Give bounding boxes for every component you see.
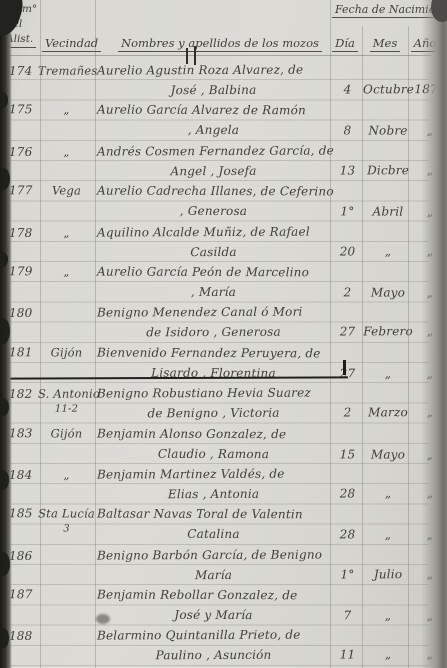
binding-texture [0, 628, 9, 648]
entry-names: Benigno Menendez Canal ó Mori de Isidoro… [95, 302, 332, 343]
entry-birth-day: 1° [332, 544, 363, 585]
binding-texture [0, 252, 8, 267]
register-row: 175 „ Aurelio García Alvarez de Ramón , … [0, 100, 447, 142]
entry-birth-day: 2 [332, 383, 363, 424]
entry-name-line2: José , Balbina [95, 80, 332, 101]
entry-vecindad-sub: 11-2 [38, 404, 95, 415]
register-row: 177 Vega Aurelio Cadrecha Illanes, de Ce… [0, 180, 447, 222]
register-row: 179 „ Aurelio García Peón de Marcelino ,… [0, 261, 447, 303]
header-mes: Mes [363, 36, 407, 50]
entry-vecindad-main: Gijón [51, 345, 83, 359]
register-row: 182 S. Antonio 11-2 Benigno Robustiano H… [0, 382, 447, 424]
register-row: 183 Gijón Benjamin Alonso Gonzalez, de C… [0, 423, 447, 465]
entry-vecindad: „ [38, 222, 95, 263]
entry-vecindad-main: „ [63, 468, 69, 482]
entry-birth-day: 4 [332, 59, 363, 100]
entry-name-line1: Benjamin Alonso Gonzalez, de [95, 423, 332, 444]
entry-birth-month: Abril [363, 182, 413, 223]
entry-vecindad-main: Vega [52, 184, 81, 198]
stray-ink-stroke [186, 48, 188, 64]
entry-birth-month: „ [363, 586, 413, 627]
header-rule-line [8, 55, 431, 56]
binding-texture [0, 470, 9, 490]
entry-vecindad: „ [38, 261, 95, 302]
entry-birth-month: „ [363, 343, 413, 384]
register-rows: 174 Tremañes Aurelio Agustin Roza Alvare… [0, 60, 447, 666]
entry-birth-month: Octubre [363, 59, 413, 100]
entry-birth-month: „ [363, 221, 413, 262]
entry-vecindad: Gijón [38, 423, 95, 464]
register-row: 188 Belarmino Quintanilla Prieto, de Pau… [0, 624, 447, 666]
entry-name-line1: Benjamin Rebollar Gonzalez, de [95, 585, 332, 606]
register-row: 180 Benigno Menendez Canal ó Mori de Isi… [0, 301, 447, 343]
entry-name-line1: Benigno Menendez Canal ó Mori [95, 302, 332, 323]
entry-name-line2: María [95, 564, 332, 585]
entry-name-line2: Casilda [95, 241, 332, 262]
entry-birth-month: Mayo [363, 262, 413, 303]
entry-name-line2: Paulino , Asunción [95, 645, 332, 666]
entry-birth-month: Nobre [363, 101, 413, 142]
book-binding-edge [0, 0, 12, 668]
entry-birth-month: „ [363, 505, 413, 546]
entry-names: Benigno Barbón García, de Benigno María [95, 544, 332, 585]
binding-texture [0, 318, 10, 344]
entry-vecindad-main: „ [63, 103, 69, 117]
entry-names: Benjamin Rebollar Gonzalez, de José y Ma… [95, 585, 332, 626]
register-row: 187 Benjamin Rebollar Gonzalez, de José … [0, 584, 447, 626]
entry-name-line1: Aurelio García Alvarez de Ramón [95, 100, 332, 121]
entry-birth-day: 27 [332, 302, 363, 343]
stray-ink-stroke [194, 46, 196, 65]
entry-names: Baltasar Navas Toral de Valentin Catalin… [95, 504, 332, 545]
entry-name-line1: Andrés Cosmen Fernandez García, de [95, 140, 332, 161]
entry-vecindad: Sta Lucía 3 [38, 504, 95, 545]
entry-name-line1: Benigno Barbón García, de Benigno [95, 544, 332, 565]
entry-vecindad: Tremañes [38, 61, 95, 102]
entry-vecindad: „ [38, 464, 95, 505]
entry-name-line1: Aquilino Alcalde Muñiz, de Rafael [95, 221, 332, 242]
register-row: 174 Tremañes Aurelio Agustin Roza Alvare… [0, 59, 447, 101]
entry-birth-day: 8 [332, 101, 363, 141]
entry-names: Aurelio García Peón de Marcelino , María [95, 262, 332, 303]
entry-name-line2: Lisardo , Florentina [95, 362, 332, 383]
entry-birth-day: 28 [332, 505, 363, 545]
entry-vecindad: Vega [38, 181, 95, 222]
entry-birth-month: Marzo [363, 382, 413, 423]
entry-name-line1: Bienvenido Fernandez Peruyera, de [95, 342, 332, 363]
register-row: 185 Sta Lucía 3 Baltasar Navas Toral de … [0, 504, 447, 546]
entry-name-line2: , Generosa [95, 201, 332, 222]
binding-texture [0, 398, 9, 416]
entry-name-line2: , Angela [95, 120, 332, 141]
entry-vecindad: S. Antonio 11-2 [38, 384, 95, 425]
entry-vecindad [38, 545, 95, 586]
binding-texture [0, 552, 10, 576]
entry-vecindad-sub: 3 [38, 524, 95, 535]
entry-vecindad-main: Gijón [51, 426, 83, 440]
entry-name-line2: Catalina [95, 524, 332, 545]
entry-name-line2: Elias , Antonia [95, 483, 332, 504]
ink-smudge [96, 614, 110, 624]
entry-name-line2: Claudio , Ramona [95, 443, 332, 464]
register-row: 178 „ Aquilino Alcalde Muñiz, de Rafael … [0, 221, 447, 263]
entry-name-line1: Aurelio Agustin Roza Alvarez, de [95, 60, 332, 81]
entry-birth-day: 11 [332, 625, 363, 666]
entry-birth-month: Dicbre [363, 140, 413, 181]
entry-vecindad [38, 303, 95, 344]
entry-birth-month: Febrero [363, 302, 413, 343]
register-row: 184 „ Benjamin Martinez Valdés, de Elias… [0, 463, 447, 505]
entry-name-line1: Benigno Robustiano Hevia Suarez [95, 383, 332, 404]
register-page-scan: Núm° del Alist. Vecindad Nombres y apell… [0, 0, 447, 668]
entry-names: Benjamin Alonso Gonzalez, de Claudio , R… [95, 423, 332, 464]
entry-name-line2: de Isidoro , Generosa [95, 322, 332, 343]
entry-vecindad-main: „ [63, 225, 69, 239]
header-nombres: Nombres y apellidos de los mozos [110, 36, 330, 50]
entry-birth-month: Julio [363, 544, 413, 585]
stray-ink-stroke [343, 360, 346, 375]
entry-name-line1: Aurelio Cadrecha Illanes, de Ceferino [95, 181, 332, 202]
entry-birth-day: 13 [332, 140, 363, 181]
entry-vecindad: „ [38, 100, 95, 141]
register-row: 186 Benigno Barbón García, de Benigno Ma… [0, 544, 447, 586]
entry-names: Benjamin Martinez Valdés, de Elias , Ant… [95, 463, 332, 504]
entry-name-line2: José y María [95, 605, 332, 626]
entry-names: Aquilino Alcalde Muñiz, de Rafael Casild… [95, 221, 332, 262]
entry-birth-day: 7 [332, 585, 363, 625]
entry-vecindad [38, 584, 95, 625]
entry-names: Aurelio Agustin Roza Alvarez, de José , … [95, 60, 332, 101]
entry-vecindad-main: „ [63, 264, 69, 278]
entry-birth-day: 1° [332, 182, 363, 222]
entry-names: Aurelio Cadrecha Illanes, de Ceferino , … [95, 181, 332, 222]
entry-vecindad-main: Tremañes [38, 64, 98, 78]
entry-birth-day: 2 [332, 262, 363, 302]
register-row: 176 „ Andrés Cosmen Fernandez García, de… [0, 140, 447, 182]
header-vecindad: Vecindad [42, 36, 101, 50]
entry-birth-day: 28 [332, 463, 363, 504]
entry-name-line1: Benjamin Martinez Valdés, de [95, 463, 332, 484]
entry-names: Aurelio García Alvarez de Ramón , Angela [95, 100, 332, 141]
entry-vecindad-main: S. Antonio [38, 387, 100, 401]
entry-vecindad [38, 626, 95, 667]
entry-vecindad-main: Sta Lucía [38, 507, 95, 521]
entry-name-line1: Belarmino Quintanilla Prieto, de [95, 625, 332, 646]
entry-name-line1: Baltasar Navas Toral de Valentin [95, 504, 332, 525]
entry-names: Andrés Cosmen Fernandez García, de Angel… [95, 140, 332, 181]
entry-birth-month: „ [363, 625, 413, 666]
binding-texture [0, 168, 10, 190]
entry-name-line2: de Benigno , Victoria [95, 403, 332, 424]
entry-birth-day: 15 [332, 424, 363, 464]
entry-name-line2: Angel , Josefa [95, 160, 332, 181]
entry-names: Belarmino Quintanilla Prieto, de Paulino… [95, 625, 332, 666]
entry-birth-month: Mayo [363, 424, 413, 465]
entry-birth-month: „ [363, 463, 413, 504]
header-dia: Día [330, 36, 360, 50]
entry-name-line1: Aurelio García Peón de Marcelino [95, 262, 332, 283]
binding-texture [0, 92, 8, 108]
entry-names: Benigno Robustiano Hevia Suarez de Benig… [95, 383, 332, 424]
entry-vecindad-main: „ [63, 144, 69, 158]
entry-birth-day: 20 [332, 221, 363, 262]
entry-name-line2: , María [95, 282, 332, 303]
entry-vecindad: „ [38, 141, 95, 182]
page-edge-shadow [421, 0, 447, 668]
